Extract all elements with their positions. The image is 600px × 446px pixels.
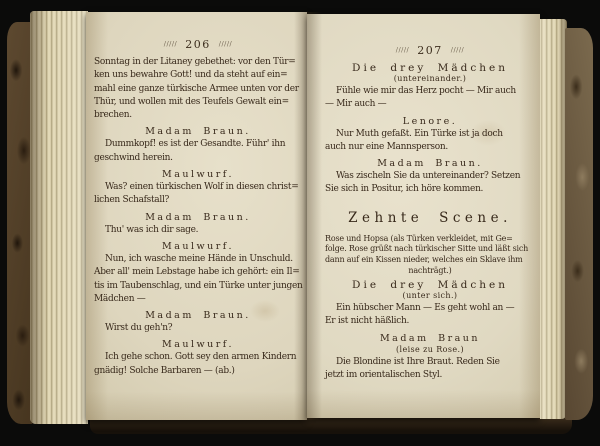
speaker-name: Maulwurf. (94, 241, 302, 252)
book-cover-right (565, 28, 593, 420)
speaker-name: Madam Braun (325, 333, 535, 344)
speaker-name: Madam Braun. (94, 126, 302, 137)
speaker-name: Lenore. (325, 116, 535, 127)
left-page-text: /////206///// Sonntag in der Litaney geb… (94, 38, 302, 378)
speaker-name: Madam Braun. (94, 212, 302, 223)
dialogue-line: Fühle wie mir das Herz pocht — Mir auch (325, 85, 535, 98)
page-header-left: /////206///// (94, 38, 302, 51)
right-page-text: /////207///// Die drey Mädchen (unterein… (325, 44, 535, 382)
speaker-name: Maulwurf. (94, 169, 302, 180)
dialogue-line: Thür, und wollen mit des Teufels Gewalt … (94, 96, 302, 109)
speaker-name-group: Die drey Mädchen (325, 62, 535, 74)
dialogue-paragraph: Sonntag in der Litaney gebethet: vor den… (94, 56, 302, 122)
speaker-name: Madam Braun. (325, 158, 535, 169)
dialogue-paragraph: Wirst du geh'n? (94, 322, 302, 335)
page-number-left: 206 (185, 38, 211, 51)
speaker-name: Madam Braun. (94, 310, 302, 321)
dialogue-line: jetzt im orientalischen Styl. (325, 369, 535, 382)
dialogue-line: Er ist nicht häßlich. (325, 315, 535, 328)
dialogue-paragraph: Was? einen türkischen Wolf in diesen chr… (94, 181, 302, 208)
dialogue-line: Nur Muth gefaßt. Ein Türke ist ja doch (325, 128, 535, 141)
dialogue-line: auch nur eine Mannsperson. (325, 141, 535, 154)
dialogue-line: tis im Taubenschlag, und ein Türke unter… (94, 280, 302, 293)
header-ornament-icon: ///// (451, 46, 464, 54)
dialogue-line: lichen Schafstall? (94, 194, 302, 207)
header-ornament-icon: ///// (164, 40, 177, 48)
dialogue-line: Aber all' mein Lebstage habe ich gehört:… (94, 266, 302, 279)
dialogue-paragraph: Dummkopf! es ist der Gesandte. Führ' ihn… (94, 138, 302, 165)
dialogue-line: mahl eine ganze türkische Armee unten vo… (94, 83, 302, 96)
book-photo: /////206///// Sonntag in der Litaney geb… (0, 0, 600, 446)
dialogue-line: Wirst du geh'n? (94, 322, 302, 335)
dialogue-paragraph: Fühle wie mir das Herz pocht — Mir auch … (325, 85, 535, 112)
stage-direction: (leise zu Rose.) (325, 345, 535, 354)
dialogue-line: Ein hübscher Mann — Es geht wohl an — (325, 302, 535, 315)
dialogue-line: Die Blondine ist Ihre Braut. Reden Sie (325, 356, 535, 369)
page-number-right: 207 (417, 44, 443, 57)
stage-direction: (untereinander.) (325, 74, 535, 83)
stage-direction-line: nachträgt.) (325, 266, 535, 277)
speaker-name: Maulwurf. (94, 339, 302, 350)
page-edges-left (30, 11, 88, 424)
stage-direction-paragraph: Rose und Hopsa (als Türken verkleidet, m… (325, 234, 535, 276)
dialogue-line: Ich gehe schon. Gott sey den armen Kinde… (94, 351, 302, 364)
speaker-name-group: Die drey Mädchen (325, 279, 535, 291)
dialogue-paragraph: Die Blondine ist Ihre Braut. Reden Sie j… (325, 356, 535, 383)
header-ornament-icon: ///// (396, 46, 409, 54)
dialogue-line: gnädig! Solche Barbaren — (ab.) (94, 365, 302, 378)
dialogue-line: ken uns bewahre Gott! und da steht auf e… (94, 69, 302, 82)
dialogue-paragraph: Thu' was ich dir sage. (94, 224, 302, 237)
dialogue-line: Nun, ich wasche meine Hände in Unschuld. (94, 253, 302, 266)
dialogue-line: Sonntag in der Litaney gebethet: vor den… (94, 56, 302, 69)
dialogue-line: Was zischeln Sie da untereinander? Setze… (325, 170, 535, 183)
dialogue-paragraph: Ich gehe schon. Gott sey den armen Kinde… (94, 351, 302, 378)
stage-direction-line: Rose und Hopsa (als Türken verkleidet, m… (325, 234, 535, 245)
page-edges-right (540, 19, 567, 419)
dialogue-line: Thu' was ich dir sage. (94, 224, 302, 237)
page-header-right: /////207///// (325, 44, 535, 57)
scene-heading: Zehnte Scene. (325, 210, 535, 226)
dialogue-line: — Mir auch — (325, 98, 535, 111)
dialogue-paragraph: Ein hübscher Mann — Es geht wohl an — Er… (325, 302, 535, 329)
dialogue-line: Sie sich in Positur, ich höre kommen. (325, 183, 535, 196)
header-ornament-icon: ///// (219, 40, 232, 48)
dialogue-line: geschwind herein. (94, 152, 302, 165)
dialogue-paragraph: Nun, ich wasche meine Hände in Unschuld.… (94, 253, 302, 306)
stage-direction: (unter sich.) (325, 291, 535, 300)
stage-direction-line: folge. Rose grüßt nach türkischer Sitte … (325, 244, 535, 255)
dialogue-line: brechen. (94, 109, 302, 122)
dialogue-line: Dummkopf! es ist der Gesandte. Führ' ihn (94, 138, 302, 151)
dialogue-paragraph: Nur Muth gefaßt. Ein Türke ist ja doch a… (325, 128, 535, 155)
dialogue-paragraph: Was zischeln Sie da untereinander? Setze… (325, 170, 535, 197)
dialogue-line: Was? einen türkischen Wolf in diesen chr… (94, 181, 302, 194)
dialogue-line: Mädchen — (94, 293, 302, 306)
stage-direction-line: dann auf ein Kissen nieder, welches ein … (325, 255, 535, 266)
